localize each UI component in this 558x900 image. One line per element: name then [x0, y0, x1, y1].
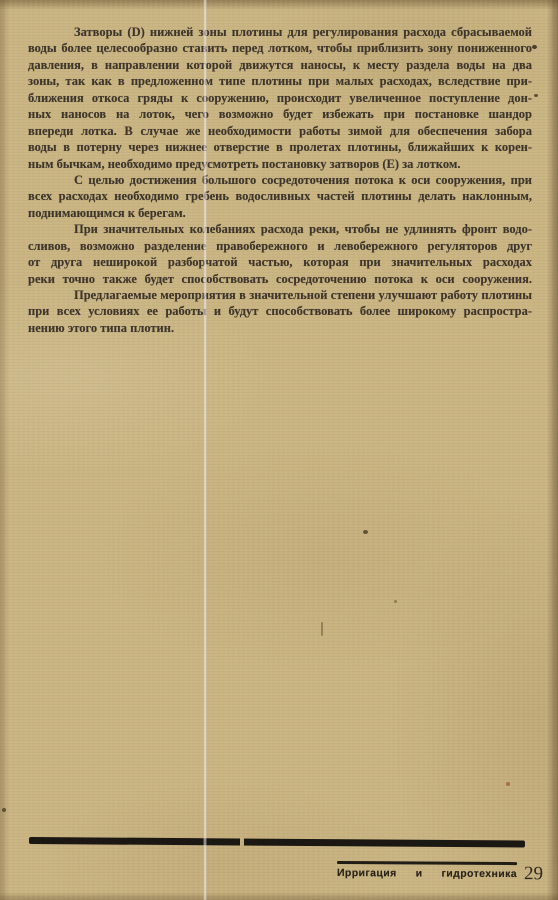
- text-line: ных наносов на лоток, чего возможно буде…: [28, 106, 532, 122]
- text-line: ным бычкам, необходимо предусмотреть пос…: [28, 156, 532, 172]
- text-line: реки точно также будет способствовать со…: [28, 271, 532, 287]
- paper-speck: [2, 808, 6, 812]
- text-line: поднимающимся к берегам.: [28, 205, 532, 221]
- text-line: при всех условиях ее работы и будут спос…: [28, 303, 532, 319]
- text-line: С целью достижения большого сосредоточен…: [28, 172, 532, 188]
- text-line: Предлагаемые мероприятия в значительной …: [28, 287, 532, 303]
- journal-title-rule: [337, 861, 517, 865]
- journal-title: Ирригация и гидротехника: [337, 867, 517, 880]
- page-number: 29: [524, 864, 543, 883]
- text-line: ближения откоса гряды к сооружению, прои…: [28, 90, 532, 106]
- text-line: воды более целесообразно ставить перед л…: [28, 40, 532, 56]
- text-line: всех расходах необходимо гребень водосли…: [28, 188, 532, 204]
- footer: Ирригация и гидротехника 29: [337, 861, 543, 883]
- scanned-book-page: Затворы (D) нижней зоны плотины для регу…: [0, 0, 558, 900]
- text-line: от друга неширокой разборчатой частью, к…: [28, 254, 532, 270]
- paper-speck: [534, 94, 538, 97]
- text-line: нению этого типа плотин.: [28, 320, 532, 336]
- paper-speck: [363, 530, 368, 534]
- text-line: впереди лотка. В случае же необходимости…: [28, 123, 532, 139]
- paper-speck: [532, 45, 537, 49]
- text-line: воды в потерну через нижнее отверстие в …: [28, 139, 532, 155]
- text-line: сливов, возможно разделение правобережно…: [28, 238, 532, 254]
- text-line: зоны, так как в предложенном типе плотин…: [28, 73, 532, 89]
- paper-speck: [394, 600, 397, 603]
- text-line: Затворы (D) нижней зоны плотины для регу…: [28, 24, 532, 40]
- text-line: При значительных колебаниях расхода реки…: [28, 221, 532, 237]
- paper-speck: [506, 782, 510, 786]
- page-text: Затворы (D) нижней зоны плотины для регу…: [28, 24, 532, 336]
- text-line: давления, в направлении которой движутся…: [28, 57, 532, 73]
- paper-scratch: [321, 622, 323, 636]
- footer-separator-rule: [29, 837, 525, 847]
